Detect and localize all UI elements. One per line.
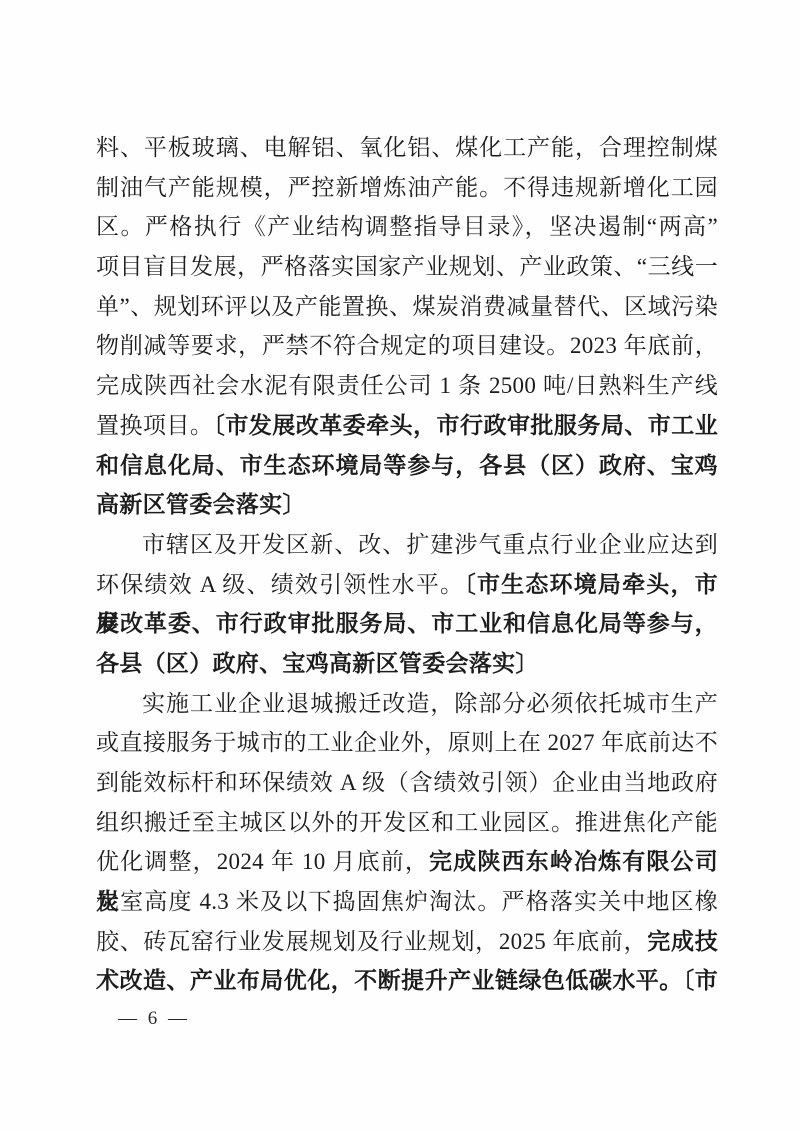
text-line: 化室高度 4.3 米及以下捣固焦炉淘汰。严格落实关中地区橡 [96,882,718,922]
text-line: 完成陕西社会水泥有限责任公司 1 条 2500 吨/日熟料生产线 [96,366,718,406]
text-line: 物削减等要求，严禁不符合规定的项目建设。2023 年底前， [96,326,718,366]
text-segment: 或直接服务于城市的工业企业外，原则上在 2027 年底前达不 [96,730,718,755]
bold-text-segment: 完成技 [647,929,718,954]
text-line: 胶、砖瓦窑行业发展规划及行业规划，2025 年底前，完成技 [96,922,718,962]
text-segment: 物削减等要求，严禁不符合规定的项目建设。2023 年底前， [96,333,718,358]
text-segment: 胶、砖瓦窑行业发展规划及行业规划，2025 年底前， [96,929,647,954]
text-segment: 置换项目。 [96,413,213,438]
bold-text-segment: 各县（区）政府、宝鸡高新区管委会落实〕 [96,651,539,676]
text-segment: 组织搬迁至主城区以外的开发区和工业园区。推进焦化产能 [96,810,718,835]
text-segment: 区。严格执行《产业结构调整指导目录》，坚决遏制“两高” [96,214,718,239]
bold-text-segment: 高新区管委会落实〕 [96,492,306,517]
text-segment: 环保绩效 A 级、绩效引领性水平。 [96,572,464,597]
document-page: 料、平板玻璃、电解铝、氧化铝、煤化工产能，合理控制煤制油气产能规模，严控新增炼油… [0,0,800,1131]
text-line: 料、平板玻璃、电解铝、氧化铝、煤化工产能，合理控制煤 [96,128,718,168]
text-segment: 到能效标杆和环保绩效 A 级（含绩效引领）企业由当地政府 [96,770,718,795]
text-line: 组织搬迁至主城区以外的开发区和工业园区。推进焦化产能 [96,803,718,843]
text-line: 到能效标杆和环保绩效 A 级（含绩效引领）企业由当地政府 [96,763,718,803]
text-line: 环保绩效 A 级、绩效引领性水平。〔市生态环境局牵头，市发 [96,565,718,605]
text-line: 项目盲目发展，严格落实国家产业规划、产业政策、“三线一 [96,247,718,287]
document-body: 料、平板玻璃、电解铝、氧化铝、煤化工产能，合理控制煤制油气产能规模，严控新增炼油… [96,128,718,1001]
text-segment: 实施工业企业退城搬迁改造，除部分必须依托城市生产 [142,691,718,716]
text-segment: 完成陕西社会水泥有限责任公司 1 条 2500 吨/日熟料生产线 [96,373,718,398]
text-line: 和信息化局、市生态环境局等参与，各县（区）政府、宝鸡 [96,446,718,486]
text-line: 单”、规划环评以及产能置换、煤炭消费减量替代、区域污染 [96,287,718,327]
text-segment: 化室高度 4.3 米及以下捣固焦炉淘汰。严格落实关中地区橡 [96,889,718,914]
text-line: 优化调整，2024 年 10 月底前，完成陕西东岭冶炼有限公司炭 [96,842,718,882]
bold-text-segment: 展改革委、市行政审批服务局、市工业和信息化局等参与， [96,611,718,636]
text-segment: 制油气产能规模，严控新增炼油产能。不得违规新增化工园 [96,175,718,200]
text-segment: 市辖区及开发区新、改、扩建涉气重点行业企业应达到 [142,532,718,557]
text-segment: 优化调整，2024 年 10 月底前， [96,849,429,874]
text-segment: 料、平板玻璃、电解铝、氧化铝、煤化工产能，合理控制煤 [96,135,718,160]
text-line: 或直接服务于城市的工业企业外，原则上在 2027 年底前达不 [96,723,718,763]
text-line: 实施工业企业退城搬迁改造，除部分必须依托城市生产 [96,684,718,724]
bold-text-segment: 和信息化局、市生态环境局等参与，各县（区）政府、宝鸡 [96,453,718,478]
text-line: 各县（区）政府、宝鸡高新区管委会落实〕 [96,644,718,684]
text-line: 市辖区及开发区新、改、扩建涉气重点行业企业应达到 [96,525,718,565]
text-line: 展改革委、市行政审批服务局、市工业和信息化局等参与， [96,604,718,644]
page-number: — 6 — [118,1008,190,1030]
text-line: 置换项目。〔市发展改革委牵头，市行政审批服务局、市工业 [96,406,718,446]
page-number-text: — 6 — [118,1008,190,1029]
text-line: 高新区管委会落实〕 [96,485,718,525]
text-segment: 单”、规划环评以及产能置换、煤炭消费减量替代、区域污染 [96,294,718,319]
bold-text-segment: 术改造、产业布局优化，不断提升产业链绿色低碳水平。〔市 [96,968,718,993]
text-segment: 项目盲目发展，严格落实国家产业规划、产业政策、“三线一 [96,254,718,279]
text-line: 区。严格执行《产业结构调整指导目录》，坚决遏制“两高” [96,207,718,247]
text-line: 术改造、产业布局优化，不断提升产业链绿色低碳水平。〔市 [96,961,718,1001]
text-line: 制油气产能规模，严控新增炼油产能。不得违规新增化工园 [96,168,718,208]
bold-text-segment: 〔市发展改革委牵头，市行政审批服务局、市工业 [213,413,718,438]
